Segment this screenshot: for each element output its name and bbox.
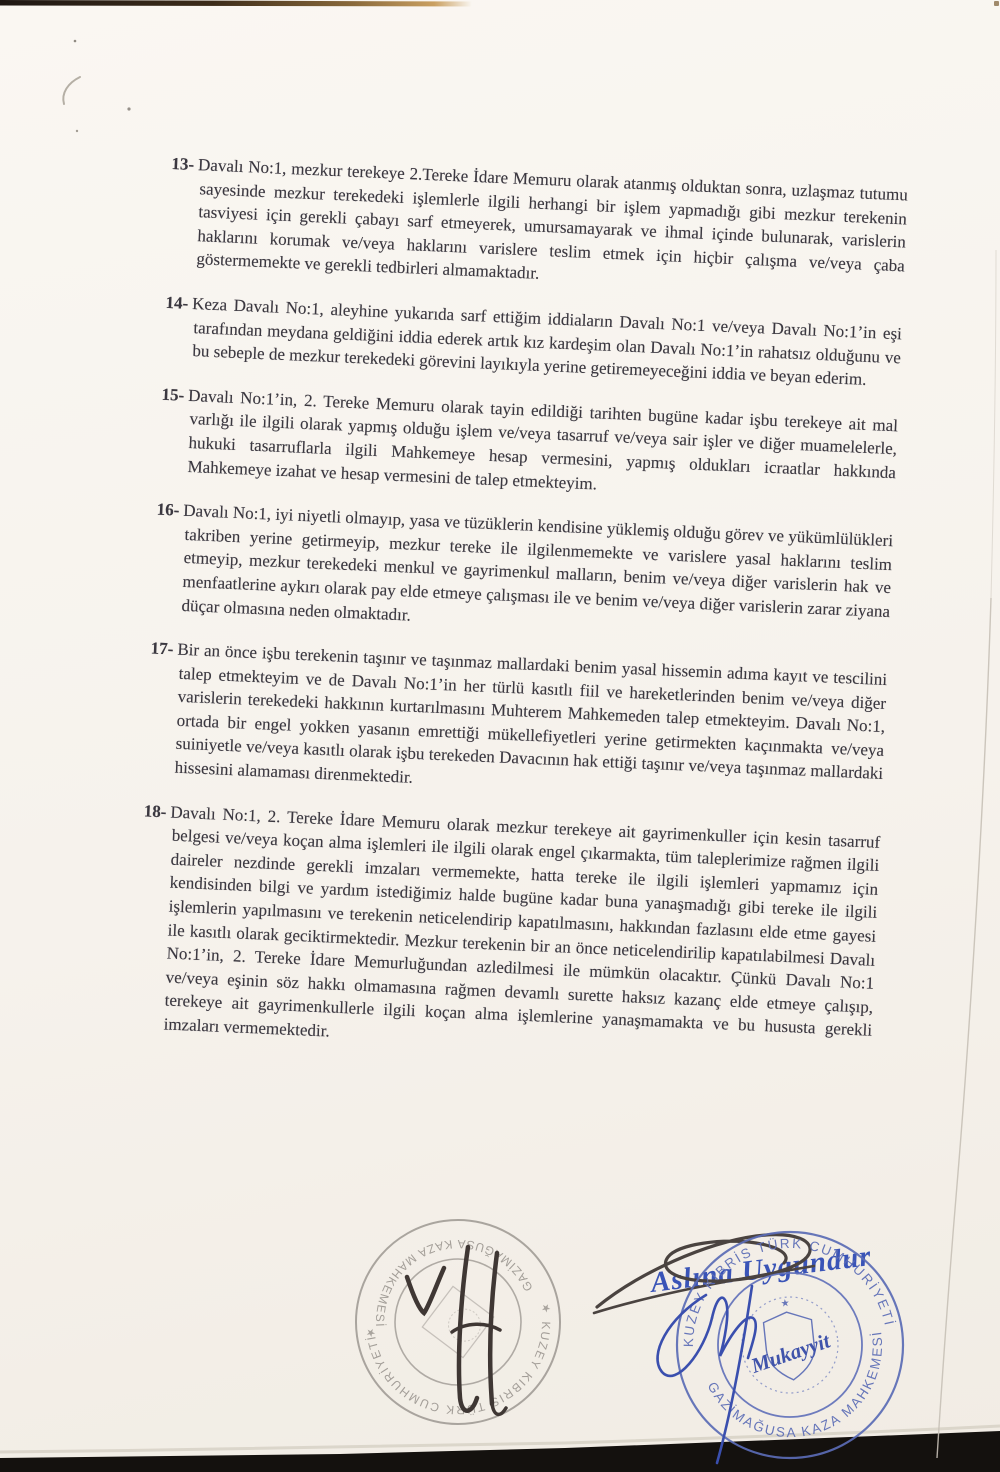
paragraph-16: 16-Davalı No:1, iyi niyetli olmayıp, yas… xyxy=(152,498,893,647)
scribble-signature xyxy=(594,1235,814,1313)
svg-text:GAZİMAĞUSA KAZA MAHKEMESİ: GAZİMAĞUSA KAZA MAHKEMESİ xyxy=(362,1226,538,1329)
paper-speck xyxy=(74,40,77,43)
svg-text:GAZİMAĞUSA KAZA MAHKEMESİ: GAZİMAĞUSA KAZA MAHKEMESİ xyxy=(700,1329,894,1449)
paper-crease-line-upper xyxy=(991,250,996,598)
stamp-emblem-detail xyxy=(446,1307,482,1343)
court-stamp-blue: KUZEY KIBRİS TÜRK CUMHURİYETİ GAZİMAĞUSA… xyxy=(666,1221,914,1469)
stamp-emblem xyxy=(417,1281,498,1362)
paragraph-18: 18-Davalı No:1, 2. Tereke İdare Memuru o… xyxy=(134,799,880,1066)
paper-crease-line xyxy=(937,598,991,1458)
stamp-inner-ring xyxy=(711,1266,869,1424)
stamp-star-left: ★ xyxy=(540,1301,552,1315)
paragraph-number: 13- xyxy=(171,154,198,174)
paragraph-text: Davalı No:1, 2. Tereke İdare Memuru olar… xyxy=(163,802,880,1040)
document-body: 13-Davalı No:1, mezkur terekeye 2.Tereke… xyxy=(133,152,908,1087)
stamp-arc-country: KUZEY KIBRIS TÜRK CUMHURİYETİ xyxy=(364,1310,565,1430)
corner-speck xyxy=(994,1,999,6)
registrar-signature xyxy=(658,1286,756,1463)
svg-text:KUZEY KIBRİS TÜRK CUMHURİYETİ: KUZEY KIBRİS TÜRK CUMHURİYETİ xyxy=(670,1225,897,1349)
stamp-top-star: ★ xyxy=(780,1298,790,1310)
paragraph-number: 15- xyxy=(161,385,188,405)
paragraph-17: 17-Bir an önce işbu terekenin taşınır ve… xyxy=(145,637,887,810)
stamp-arc-court: GAZİMAĞUSA KAZA MAHKEMESİ xyxy=(362,1226,538,1329)
stamp-crescent xyxy=(782,1334,795,1357)
paragraph-14: 14-Keza Davalı No:1, aleyhine yukarıda s… xyxy=(163,291,902,393)
paragraph-text: Davalı No:1’in, 2. Tereke Memuru olarak … xyxy=(187,386,898,493)
paper-speck xyxy=(127,107,130,110)
stamp-arc-country: KUZEY KIBRİS TÜRK CUMHURİYETİ xyxy=(670,1225,897,1349)
stamp-shield-emblem xyxy=(763,1310,818,1383)
certification-text: Aslına Uygundur xyxy=(647,1240,873,1299)
stamp-star-right: ★ xyxy=(365,1326,377,1340)
paragraph-number: 17- xyxy=(150,639,177,659)
svg-text:KUZEY KIBRIS TÜRK CUMHURİYETİ: KUZEY KIBRIS TÜRK CUMHURİYETİ xyxy=(364,1310,565,1430)
stamp-registrar-label: Mukayyit xyxy=(747,1328,834,1378)
paragraph-number: 18- xyxy=(143,801,170,821)
top-scan-edge xyxy=(0,0,472,7)
stamp-outer-ring xyxy=(666,1221,914,1469)
paragraph-text: Davalı No:1, iyi niyetli olmayıp, yasa v… xyxy=(181,501,893,624)
paragraph-text: Davalı No:1, mezkur terekeye 2.Tereke İd… xyxy=(196,155,908,283)
paragraph-number: 14- xyxy=(165,293,192,313)
paper-edge-highlight xyxy=(0,1426,1000,1452)
bottom-scan-edge xyxy=(0,1431,1000,1472)
stamp-outer-ring xyxy=(343,1207,573,1437)
paragraph-text: Bir an önce işbu terekenin taşınır ve ta… xyxy=(174,640,887,787)
stamp-dotted-ring xyxy=(737,1292,843,1398)
paragraph-number: 16- xyxy=(156,500,183,520)
stamp-inner-ring xyxy=(387,1251,529,1393)
paragraph-13: 13-Davalı No:1, mezkur terekeye 2.Tereke… xyxy=(167,152,908,301)
stamp-arc-court: GAZİMAĞUSA KAZA MAHKEMESİ xyxy=(700,1329,894,1449)
pencil-mark xyxy=(63,77,80,104)
left-stamp-signature xyxy=(407,1247,506,1414)
paragraph-15: 15-Davalı No:1’in, 2. Tereke Memuru olar… xyxy=(158,383,898,509)
court-stamp-left: KUZEY KIBRIS TÜRK CUMHURİYETİ GAZİMAĞUSA… xyxy=(343,1207,573,1437)
paragraph-text: Keza Davalı No:1, aleyhine yukarıda sarf… xyxy=(192,294,902,389)
certified-true-copy-label: Aslına Uygundur xyxy=(647,1240,873,1299)
paper-speck xyxy=(76,130,78,132)
